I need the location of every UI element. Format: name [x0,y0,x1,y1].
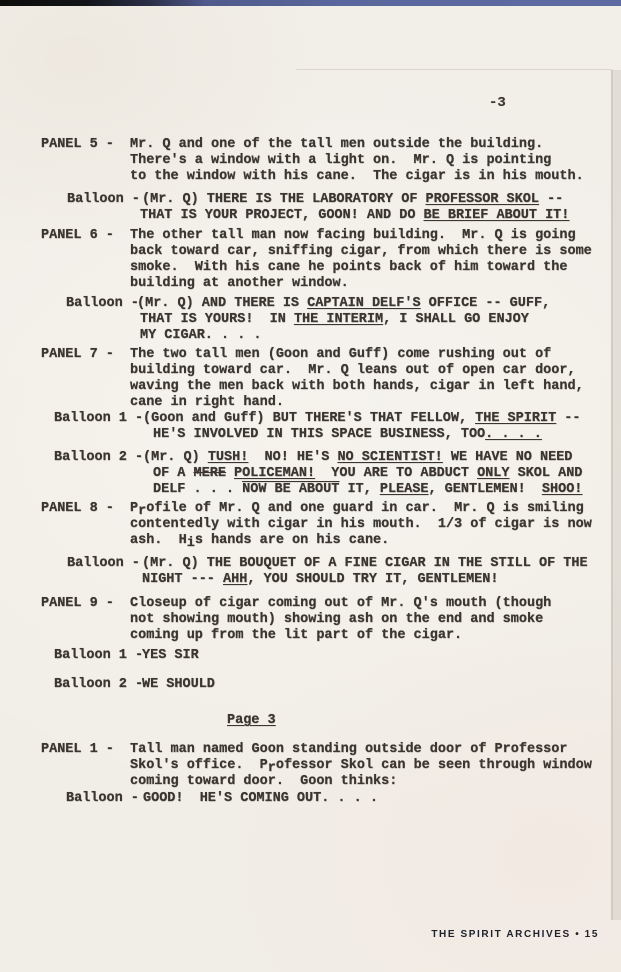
emphasized-text: NO SCIENTIST! [337,450,442,465]
text-segment: NO! HE'S [248,450,337,465]
balloon-label: Balloon - [66,791,139,807]
balloon-label: Balloon - [67,556,140,572]
script-line: Closeup of cigar coming out of Mr. Q's m… [130,596,551,612]
text-segment: WE SHOULD [142,677,215,692]
emphasized-text: AHH [223,572,247,587]
text-segment: ofessor Skol can be seen through window [276,758,592,773]
text-segment: (Mr. Q) THERE IS THE LABORATORY OF [142,192,426,207]
panel-label: PANEL 5 - [41,137,114,153]
text-segment: SKOL AND [509,466,582,481]
text-segment: to the window with his cane. The cigar i… [130,169,584,184]
script-line: (Mr. Q) THERE IS THE LABORATORY OF PROFE… [142,192,563,208]
panel-label: PANEL 8 - [41,501,114,517]
emphasized-text: BE BRIEF ABOUT IT! [424,208,570,223]
script-line: THAT IS YOURS! IN THE INTERIM, I SHALL G… [140,312,529,328]
text-segment [226,466,234,481]
text-segment: smoke. With his cane he points back of h… [130,260,567,275]
text-segment: THAT IS YOURS! IN [140,312,294,327]
text-segment: , GENTLEMEN! [428,482,541,497]
panel-label: PANEL 6 - [41,228,114,244]
emphasized-text: NOW BE ABOUT [242,482,339,497]
text-segment: PANEL 8 - [41,501,114,516]
script-line: The other tall man now facing building. … [130,228,576,244]
script-line: HE'S INVOLVED IN THIS SPACE BUSINESS, TO… [153,427,542,443]
script-line: cane in right hand. [130,395,284,411]
script-line: coming up from the lit part of the cigar… [130,628,462,644]
text-segment: ash. H [130,533,187,548]
text-segment: NIGHT --- [142,572,223,587]
emphasized-text: THE INTERIM [294,312,383,327]
text-segment: waving the men back with both hands, cig… [130,379,584,394]
script-line: YES SIR [142,648,199,664]
balloon-label: Balloon 1 - [54,411,143,427]
script-line: Tall man named Goon standing outside doo… [130,742,567,758]
emphasized-text: PLEASE [380,482,429,497]
script-line: ash. His hands are on his cane. [130,533,389,549]
emphasized-text: Page 3 [227,713,276,728]
emphasized-text: PROFESSOR SKOL [426,192,539,207]
panel-label: PANEL 7 - [41,347,114,363]
script-line: smoke. With his cane he points back of h… [130,260,567,276]
sheet-shadow-strip [613,70,621,920]
script-line: The two tall men (Goon and Guff) come ru… [130,347,551,363]
balloon-label: Balloon 2 - [54,450,143,466]
footer-caption: THE SPIRIT ARCHIVES • 15 [431,929,599,940]
script-line: back toward car, sniffing cigar, from wh… [130,244,592,260]
page-heading: Page 3 [227,713,276,729]
text-segment: PANEL 5 - [41,137,114,152]
text-segment: Balloon - [66,791,139,806]
emphasized-text: POLICEMAN! [234,466,315,481]
emphasized-text: . . . . [485,427,542,442]
text-segment: PANEL 7 - [41,347,114,362]
text-segment: IT, [339,482,380,497]
text-segment: (Mr. Q) THE BOUQUET OF A FINE CIGAR IN T… [142,556,588,571]
sheet-top-edge [296,69,612,70]
text-segment: The other tall man now facing building. … [130,228,576,243]
script-line: (Goon and Guff) BUT THERE'S THAT FELLOW,… [143,411,580,427]
text-segment: , YOU SHOULD TRY IT, GENTLEMEN! [247,572,498,587]
book-edge-band [0,0,621,6]
text-segment: Balloon - [67,556,140,571]
text-segment: YES SIR [142,648,199,663]
balloon-label: Balloon 2 - [54,677,143,693]
script-line: DELF . . . NOW BE ABOUT IT, PLEASE, GENT… [153,482,582,498]
emphasized-text: ONLY [477,466,509,481]
text-segment: Closeup of cigar coming out of Mr. Q's m… [130,596,551,611]
text-segment: Balloon 1 - [54,411,143,426]
text-segment: PANEL 9 - [41,596,114,611]
script-line: Profile of Mr. Q and one guard in car. M… [130,501,584,517]
text-segment: contentedly with cigar in his mouth. 1/3… [130,517,592,532]
text-segment: coming toward door. Goon thinks: [130,774,397,789]
script-line: GOOD! HE'S COMING OUT. . . . [143,791,378,807]
emphasized-text: TUSH! [208,450,249,465]
text-segment: Mr. Q and one of the tall men outside th… [130,137,543,152]
text-segment: YOU ARE TO ABDUCT [315,466,477,481]
script-line: MY CIGAR. . . . [140,328,262,344]
text-segment: coming up from the lit part of the cigar… [130,628,462,643]
script-line: waving the men back with both hands, cig… [130,379,584,395]
script-line: (Mr. Q) THE BOUQUET OF A FINE CIGAR IN T… [142,556,588,572]
emphasized-text: THE SPIRIT [475,411,556,426]
page-number: -3 [489,95,506,111]
panel-label: PANEL 9 - [41,596,114,612]
text-segment: The two tall men (Goon and Guff) come ru… [130,347,551,362]
text-segment: PANEL 1 - [41,742,114,757]
text-segment: OFFICE -- GUFF, [421,296,551,311]
text-segment: ofile of Mr. Q and one guard in car. Mr.… [146,501,583,516]
script-line: WE SHOULD [142,677,215,693]
text-segment: Balloon 2 - [54,677,143,692]
text-segment: (Mr. Q) [143,450,208,465]
emphasized-text: SHOO! [542,482,583,497]
text-segment: -- [556,411,580,426]
text-segment: Tall man named Goon standing outside doo… [130,742,567,757]
script-line: building toward car. Mr. Q leans out of … [130,363,576,379]
balloon-label: Balloon 1 - [54,648,143,664]
script-line: Mr. Q and one of the tall men outside th… [130,137,543,153]
text-segment: THAT IS YOUR PROJECT, GOON! AND DO [140,208,424,223]
text-segment: OF A [153,466,194,481]
scanned-page: -3 PANEL 5 -Mr. Q and one of the tall me… [0,0,621,972]
script-line: to the window with his cane. The cigar i… [130,169,584,185]
script-line: contentedly with cigar in his mouth. 1/3… [130,517,592,533]
balloon-label: Balloon - [67,192,140,208]
script-line: OF A MERE POLICEMAN! YOU ARE TO ABDUCT O… [153,466,582,482]
text-segment: Skol's office. P [130,758,268,773]
emphasized-text: CAPTAIN DELF'S [307,296,420,311]
text-segment: Balloon - [67,192,140,207]
text-segment: HE'S INVOLVED IN THIS SPACE BUSINESS, TO… [153,427,485,442]
panel-label: PANEL 1 - [41,742,114,758]
script-line: not showing mouth) showing ash on the en… [130,612,543,628]
text-segment: Balloon 1 - [54,648,143,663]
script-line: coming toward door. Goon thinks: [130,774,397,790]
text-segment: WE HAVE NO NEED [443,450,573,465]
script-line: building at another window. [130,276,349,292]
text-segment: Balloon - [66,296,139,311]
text-segment: cane in right hand. [130,395,284,410]
script-line: NIGHT --- AHH, YOU SHOULD TRY IT, GENTLE… [142,572,498,588]
text-segment: -- [539,192,563,207]
balloon-label: Balloon - [66,296,139,312]
script-line: Skol's office. Professor Skol can be see… [130,758,592,774]
text-segment: (Goon and Guff) BUT THERE'S THAT FELLOW, [143,411,475,426]
emphasized-text: MERE [194,466,226,481]
text-segment: Balloon 2 - [54,450,143,465]
script-line: (Mr. Q) AND THERE IS CAPTAIN DELF'S OFFI… [137,296,550,312]
text-segment: , I SHALL GO ENJOY [383,312,529,327]
text-segment: GOOD! HE'S COMING OUT. . . . [143,791,378,806]
emphasized-text: i [187,536,195,551]
text-segment: s hands are on his cane. [195,533,389,548]
script-line: There's a window with a light on. Mr. Q … [130,153,551,169]
script-line: THAT IS YOUR PROJECT, GOON! AND DO BE BR… [140,208,569,224]
text-segment: There's a window with a light on. Mr. Q … [130,153,551,168]
text-segment: PANEL 6 - [41,228,114,243]
text-segment: not showing mouth) showing ash on the en… [130,612,543,627]
text-segment: DELF . . . [153,482,242,497]
text-segment: P [130,501,138,516]
text-segment: building at another window. [130,276,349,291]
text-segment: (Mr. Q) AND THERE IS [137,296,307,311]
text-segment: back toward car, sniffing cigar, from wh… [130,244,592,259]
script-line: (Mr. Q) TUSH! NO! HE'S NO SCIENTIST! WE … [143,450,572,466]
text-segment: building toward car. Mr. Q leans out of … [130,363,576,378]
text-segment: MY CIGAR. . . . [140,328,262,343]
